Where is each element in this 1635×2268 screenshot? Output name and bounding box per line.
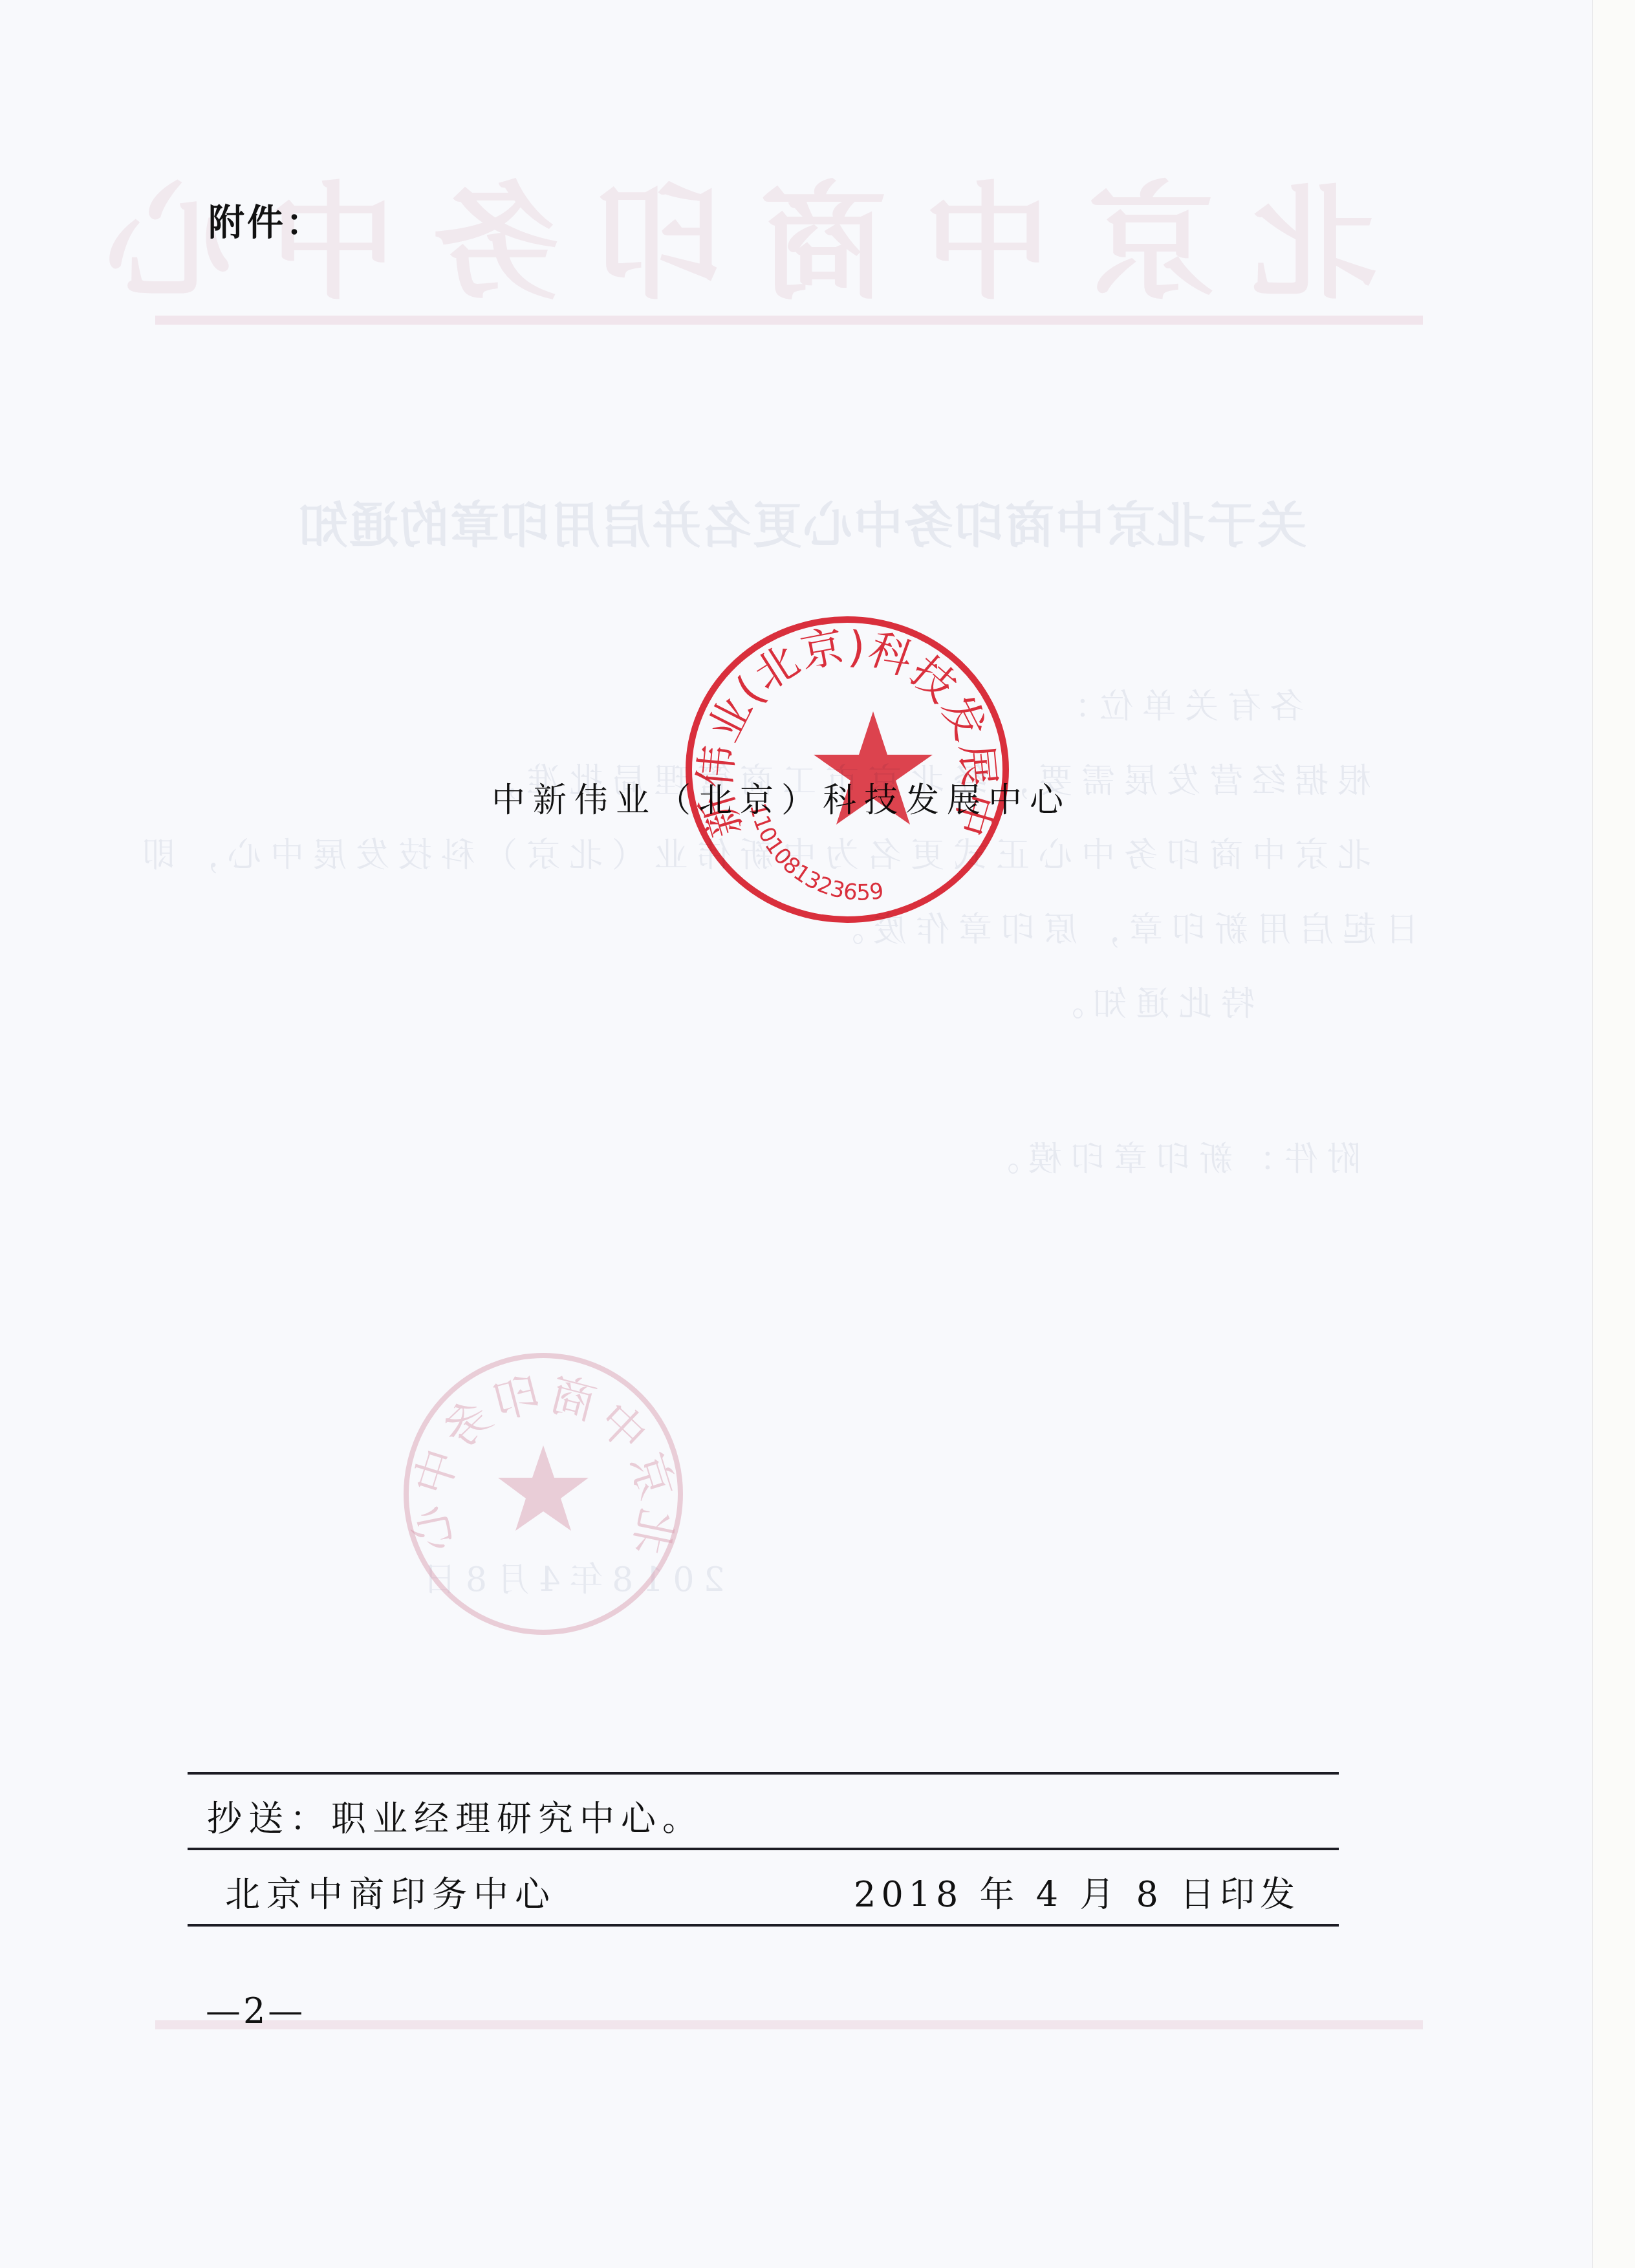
seal-number: 1101081323659 <box>744 801 885 906</box>
cc-recipients: 职业经理研究中心。 <box>331 1798 704 1839</box>
footer-rule-bottom <box>188 1924 1339 1927</box>
attachment-label: 附件： <box>208 194 325 246</box>
scan-page-edge <box>1592 0 1635 2268</box>
show-through-red-rule <box>155 316 1423 325</box>
cc-line: 抄送：职业经理研究中心。 <box>207 1791 704 1841</box>
show-through-red-rule-bottom <box>155 2020 1423 2029</box>
show-through-seal: 北京中商印务中心 <box>398 1348 689 1639</box>
show-through-line: 特此通知。 <box>1041 977 1255 1025</box>
show-through-line: 附件：新印章印模。 <box>977 1132 1361 1180</box>
svg-text:1101081323659: 1101081323659 <box>744 801 885 906</box>
official-seal: 中新伟业(北京)科技发展中心 1101081323659 <box>679 611 1015 928</box>
cc-label: 抄送： <box>207 1798 331 1839</box>
star-icon <box>814 711 933 825</box>
footer-rule-top <box>188 1772 1339 1775</box>
show-through-line: 各有关单位： <box>1048 679 1304 728</box>
issue-date: 2018 年 4 月 8 日印发 <box>854 1867 1300 1917</box>
footer-rule-middle <box>188 1848 1339 1850</box>
show-through-title: 关于北京中商印务中心更名并启用印章的通知 <box>259 486 1345 557</box>
show-through-header: 北京中商印务中心 <box>272 142 1378 323</box>
issuer-name: 北京中商印务中心 <box>225 1867 556 1917</box>
page-number: —2— <box>206 1991 305 2031</box>
